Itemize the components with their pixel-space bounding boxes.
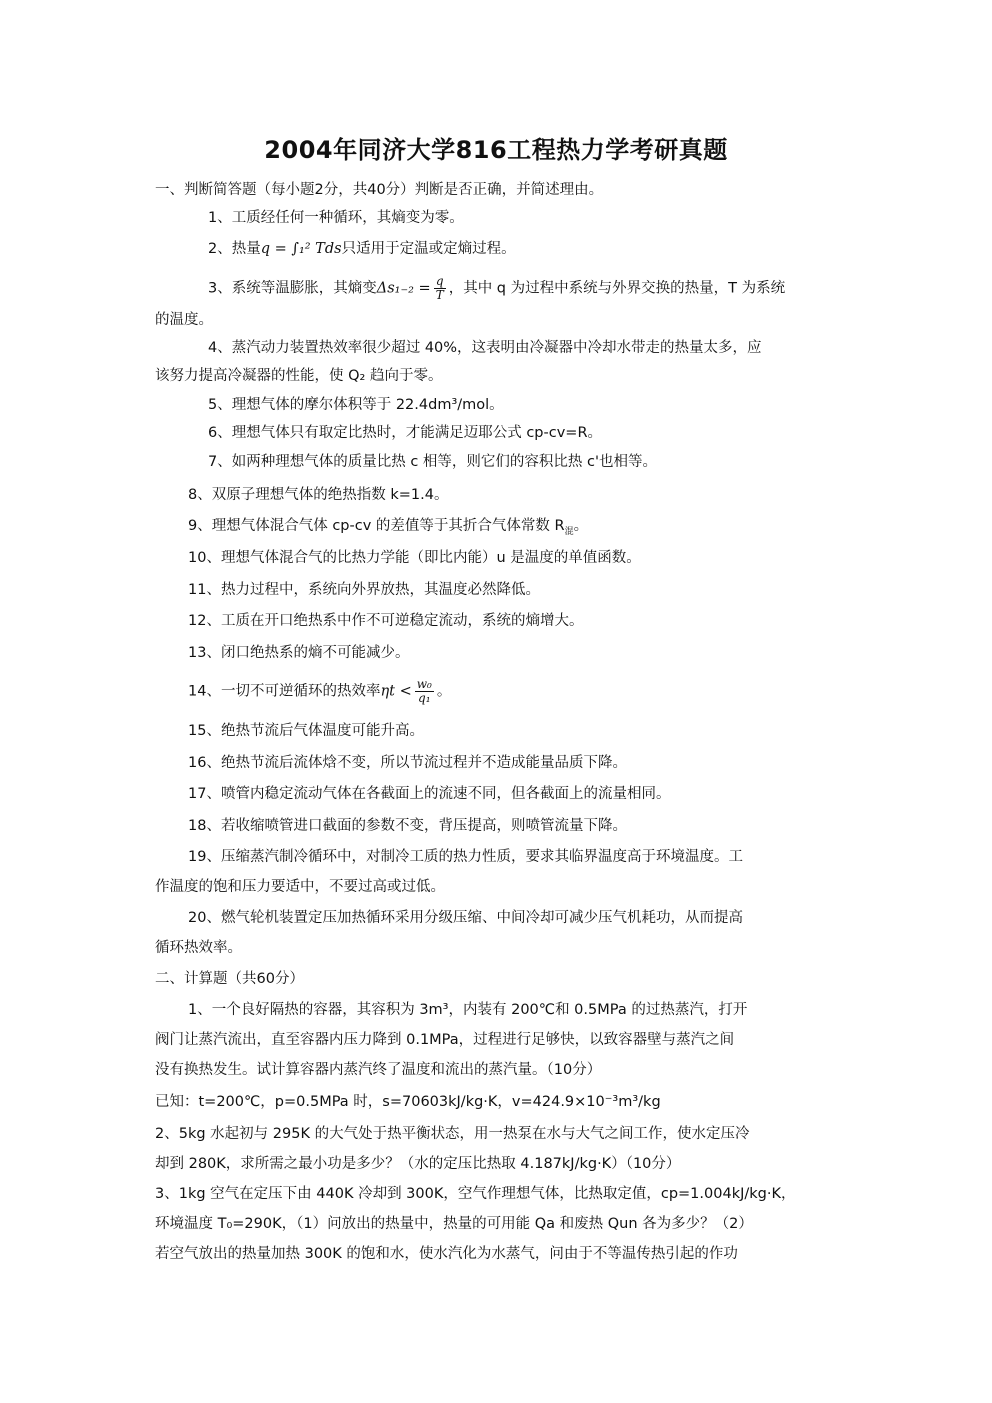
fraction-q-over-T: qT bbox=[434, 275, 446, 302]
question-3: 3、系统等温膨胀，其熵变Δs₁₋₂ =qT，其中 q 为过程中系统与外界交换的热… bbox=[208, 275, 785, 302]
question-16: 16、绝热节流后流体焓不变，所以节流过程并不造成能量品质下降。 bbox=[188, 753, 627, 773]
calc-question-2-line-1: 2、5kg 水起初与 295K 的大气处于热平衡状态，用一热泵在水与大气之间工作… bbox=[155, 1124, 750, 1144]
question-20: 20、燃气轮机装置定压加热循环采用分级压缩、中间冷却可减少压气机耗功，从而提高 bbox=[188, 908, 743, 928]
question-10: 10、理想气体混合气的比热力学能（即比内能）u 是温度的单值函数。 bbox=[188, 548, 641, 568]
fraction-w0-over-q1: w₀q₁ bbox=[415, 678, 434, 705]
question-11: 11、热力过程中，系统向外界放热，其温度必然降低。 bbox=[188, 580, 540, 600]
question-13: 13、闭口绝热系的熵不可能减少。 bbox=[188, 643, 409, 663]
calc-question-1-line-3: 没有换热发生。试计算容器内蒸汽终了温度和流出的蒸汽量。（10分） bbox=[155, 1060, 601, 1080]
question-12: 12、工质在开口绝热系中作不可逆稳定流动，系统的熵增大。 bbox=[188, 611, 583, 631]
question-20-continued: 循环热效率。 bbox=[155, 938, 242, 958]
calc-question-2-line-2: 却到 280K，求所需之最小功是多少？（水的定压比热取 4.187kJ/kg·K… bbox=[155, 1154, 680, 1174]
question-19-continued: 作温度的饱和压力要适中，不要过高或过低。 bbox=[155, 877, 445, 897]
question-5: 5、理想气体的摩尔体积等于 22.4dm³/mol。 bbox=[208, 395, 504, 415]
question-19: 19、压缩蒸汽制冷循环中，对制冷工质的热力性质，要求其临界温度高于环境温度。工 bbox=[188, 847, 743, 867]
calc-question-1-given: 已知：t=200℃，p=0.5MPa 时，s=70603kJ/kg·K，v=42… bbox=[155, 1092, 661, 1112]
question-15: 15、绝热节流后气体温度可能升高。 bbox=[188, 721, 424, 741]
calc-question-1-line-1: 1、一个良好隔热的容器，其容积为 3m³，内装有 200℃和 0.5MPa 的过… bbox=[188, 1000, 747, 1020]
question-17: 17、喷管内稳定流动气体在各截面上的流速不同，但各截面上的流量相同。 bbox=[188, 784, 670, 804]
question-4: 4、蒸汽动力装置热效率很少超过 40%，这表明由冷凝器中冷却水带走的热量太多，应 bbox=[208, 338, 762, 358]
question-7: 7、如两种理想气体的质量比热 c 相等，则它们的容积比热 c'也相等。 bbox=[208, 452, 657, 472]
question-8: 8、双原子理想气体的绝热指数 k=1.4。 bbox=[188, 485, 448, 505]
section-2-heading: 二、计算题（共60分） bbox=[155, 969, 304, 989]
question-14: 14、一切不可逆循环的热效率ηt <w₀q₁。 bbox=[188, 678, 451, 705]
page-title: 2004年同济大学816工程热力学考研真题 bbox=[0, 130, 992, 165]
question-1: 1、工质经任何一种循环，其熵变为零。 bbox=[208, 208, 464, 228]
question-3-continued: 的温度。 bbox=[155, 310, 213, 330]
calc-question-3-line-3: 若空气放出的热量加热 300K 的饱和水，使水汽化为水蒸气，问由于不等温传热引起… bbox=[155, 1244, 738, 1264]
calc-question-3-line-2: 环境温度 T₀=290K，（1）问放出的热量中，热量的可用能 Qa 和废热 Qu… bbox=[155, 1214, 753, 1234]
section-1-heading: 一、判断简答题（每小题2分，共40分）判断是否正确，并简述理由。 bbox=[155, 180, 603, 200]
formula-entropy-change: Δs₁₋₂ = bbox=[377, 281, 431, 297]
calc-question-1-line-2: 阀门让蒸汽流出，直至容器内压力降到 0.1MPa，过程进行足够快，以致容器壁与蒸… bbox=[155, 1030, 734, 1050]
question-2: 2、热量q = ∫₁² Tds只适用于定温或定熵过程。 bbox=[208, 239, 516, 259]
question-6: 6、理想气体只有取定比热时，才能满足迈耶公式 cp-cv=R。 bbox=[208, 423, 602, 443]
calc-question-3-line-1: 3、1kg 空气在定压下由 440K 冷却到 300K，空气作理想气体，比热取定… bbox=[155, 1184, 795, 1204]
question-9: 9、理想气体混合气体 cp-cv 的差值等于其折合气体常数 R混。 bbox=[188, 516, 588, 542]
question-4-continued: 该努力提高冷凝器的性能，使 Q₂ 趋向于零。 bbox=[155, 366, 442, 386]
formula-heat-integral: q = ∫₁² Tds bbox=[261, 241, 342, 257]
formula-efficiency: ηt < bbox=[380, 684, 411, 700]
question-18: 18、若收缩喷管进口截面的参数不变，背压提高，则喷管流量下降。 bbox=[188, 816, 627, 836]
